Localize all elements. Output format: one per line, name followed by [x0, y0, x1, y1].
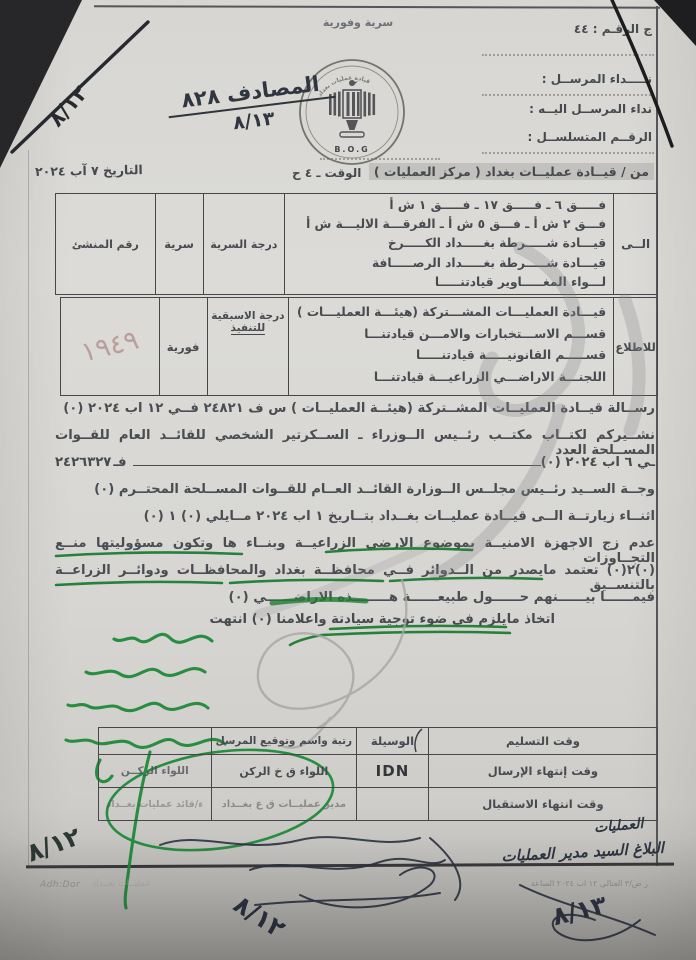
scanned-document-photo: { "document": { "classification": "سرية …	[0, 0, 696, 960]
corner-date-text: ٨/١٢	[44, 81, 93, 131]
footer-small-print-right: ر ص/٣ العتالي ١٢ اب ٢٠٢٤ الساعة	[452, 879, 648, 888]
footer-faded-text: عمليــات بغــداد	[92, 879, 151, 889]
footer-small-print-left: Adh:Dor	[40, 880, 80, 890]
